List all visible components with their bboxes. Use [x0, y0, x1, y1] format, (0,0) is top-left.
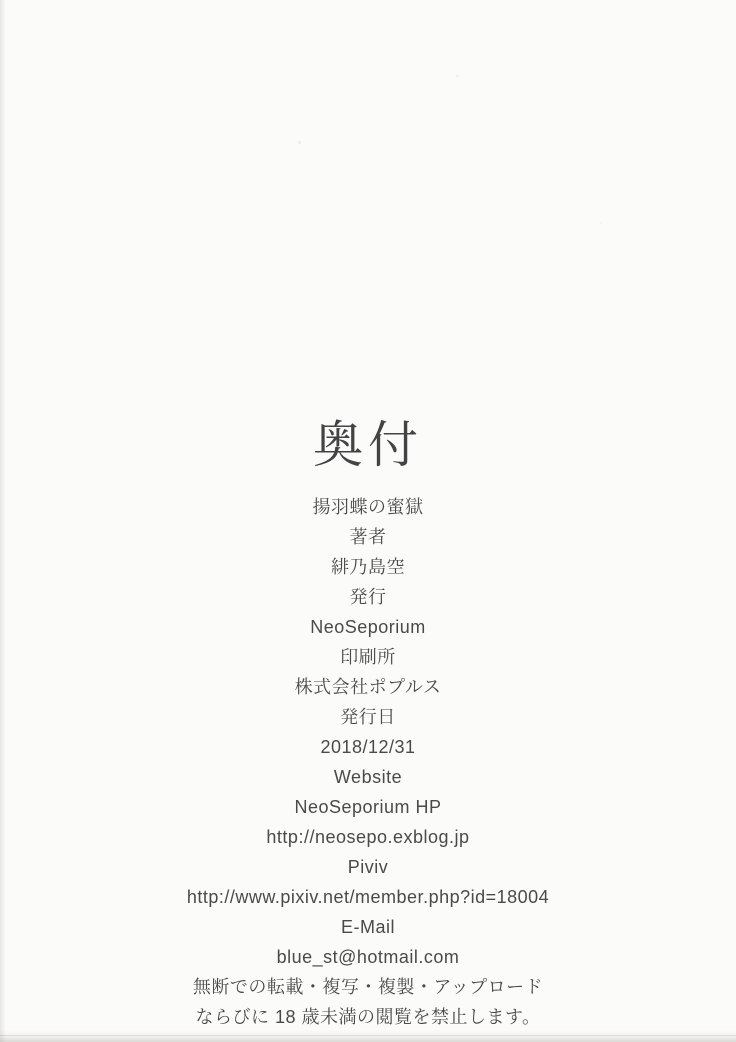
- printer-label: 印刷所: [0, 642, 736, 672]
- scan-speck: [456, 75, 459, 77]
- printer-name: 株式会社ポプルス: [0, 672, 736, 702]
- pixiv-url: http://www.pixiv.net/member.php?id=18004: [0, 882, 736, 912]
- colophon-heading: 奥付: [0, 412, 736, 478]
- issue-date-value: 2018/12/31: [0, 732, 736, 762]
- notice-line-1: 無断での転載・複写・複製・アップロード: [0, 972, 736, 1002]
- author-label: 著者: [0, 522, 736, 552]
- website-url: http://neosepo.exblog.jp: [0, 822, 736, 852]
- website-label: Website: [0, 762, 736, 792]
- scan-speck: [298, 141, 301, 144]
- pixiv-label: Piviv: [0, 852, 736, 882]
- notice-line-2: ならびに 18 歳未満の閲覧を禁止します。: [0, 1002, 736, 1032]
- publisher-label: 発行: [0, 582, 736, 612]
- work-title: 揚羽蝶の蜜獄: [0, 492, 736, 522]
- website-name: NeoSeporium HP: [0, 792, 736, 822]
- email-address: blue_st@hotmail.com: [0, 942, 736, 972]
- issue-date-label: 発行日: [0, 702, 736, 732]
- scan-speck: [600, 222, 602, 224]
- scanned-colophon-page: 奥付 揚羽蝶の蜜獄 著者 緋乃島空 発行 NeoSeporium 印刷所 株式会…: [0, 0, 736, 1042]
- publisher-name: NeoSeporium: [0, 612, 736, 642]
- author-name: 緋乃島空: [0, 552, 736, 582]
- colophon-block: 奥付 揚羽蝶の蜜獄 著者 緋乃島空 発行 NeoSeporium 印刷所 株式会…: [0, 412, 736, 1032]
- email-label: E-Mail: [0, 912, 736, 942]
